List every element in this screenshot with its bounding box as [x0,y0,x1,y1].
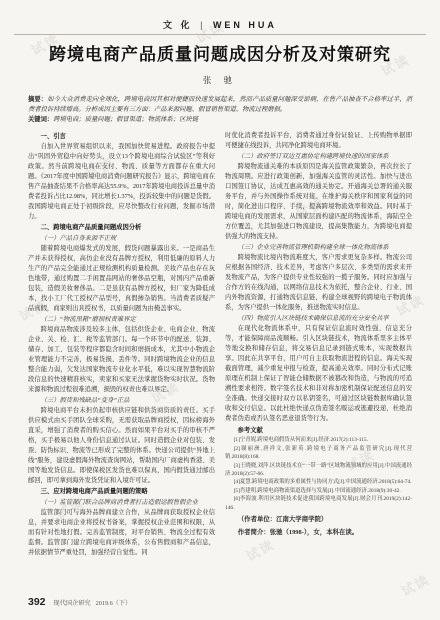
author-name: 张 驰 [0,74,440,86]
section-heading: 一、引言 [28,132,215,142]
abstract-label: 摘要： [28,96,47,103]
keywords-text: 跨境电商；质量问题；假冒渠道；物流体系；区块链 [53,116,198,123]
issue-info: 2019.6（下） [96,598,132,607]
abstract-block: 摘要：如今大众消费走向全球化，跨境电商因其相对便捷而快速发展起来，然而产品质量问… [28,95,412,124]
subsection-heading: （一）监管部门联合品牌商消费者打击造假运假售假企业 [28,498,215,508]
reference-item: [6]李海波.利用区块链技术促进我国跨境电商发展[J].财会月刊.2019(2)… [225,495,412,512]
journal-section-banner: 文 化 | WEN HUA [0,18,440,31]
body-paragraph: 在现代化物流体系中，只有保证信息流时效性强、信息充分等，才能保障商品流顺畅。引入… [225,324,412,424]
subsection-heading: （三）企业完善物流管理机制构建全球一体化物流体系 [225,243,412,253]
body-paragraph: 跨境物流通关难的本质原因是海关监管政策繁杂，再次拉长了物流周期。应进行政策创新，… [225,162,412,242]
page-footer: 392 现代国企研究 2019.6（下） [28,596,131,608]
subsection-heading: （三）假货和残缺品“变身”正品 [28,396,215,406]
column-right: 时优化消费者投诉平台，消费者通过身份证验证、上传购物单据即可便捷在线投诉，共同净… [225,131,412,589]
subsection-heading: （一）产品自身来源不正规 [28,234,215,244]
section-heading: 二、跨境电商产品质量问题成因分析 [28,223,215,233]
subsection-heading: （二）政府签订双边互惠协定构建跨境快速的国家体系 [225,152,412,162]
reference-item: [2]谢丽洲,唐祥文,张新英.跨境电子商务产品监管研究[J].现代营销.2018… [225,445,412,462]
section-name-cn: 文 化 [163,20,193,30]
page-number: 392 [28,596,46,608]
document-page: 试读 试读 试读 试读 试读 试读 试读 试读 试读 试读 试读 试读 文 化 … [0,0,440,620]
keywords-paragraph: 关键词：跨境电商；质量问题；假冒渠道；物流体系；区块链 [28,115,412,125]
page-header: 文 化 | WEN HUA [0,18,440,35]
body-paragraph: 监管部门可与海外品牌商建立合作，从品牌商获取授权企业信息，并要求电商企业将授权书… [28,508,215,558]
subsection-heading: （二）“物流黑箱”磨损权责难界定 [28,315,215,325]
reference-item: [5]肖建明.跨境电商物流渠道选择与发展[J].中国流通经济.2018(9):3… [225,487,412,495]
journal-name: 现代国企研究 [54,598,91,607]
author-note: （作者单位：江南大学商学院） [225,515,412,525]
section-name-en: WEN HUA [213,20,277,30]
subsection-heading: （四）物流引入区块链技术确保信息流的充分安全共享 [225,314,412,324]
body-paragraph: 时优化消费者投诉平台，消费者通过身份证验证、上传购物单据即可便捷在线投诉，共同净… [225,131,412,151]
column-left: 一、引言自加入世界贸易组织以来，我国加快贸易进程。政府报告中提出“巩固外贸稳中向… [28,131,215,589]
body-paragraph: 跨境商品物流涉及较多主体，包括供货企业、电商企业、物流企业、关、检、汇、税等监管… [28,325,215,395]
section-divider: | [200,20,205,30]
abstract-text: 如今大众消费走向全球化，跨境电商因其相对便捷而快速发展起来，然而产品质量问题深受… [28,96,412,113]
body-paragraph: 跨境物流比境内物流难度大，客户需求更复杂多样。物流公司应根据各国经济、技术差异，… [225,253,412,313]
section-heading: 三、应对跨境电商产品质量问题的策略 [28,487,215,497]
header-divider-line [14,34,426,35]
body-paragraph: 跨境电商平台未担负起审核供应链和供货商资质的责任。买手供应模式由买手团队全球采购… [28,406,215,486]
reference-item: [1]宁青妮.跨境电商假货从何而来[J].经济.2017(2):113-115. [225,436,412,444]
body-paragraph: 自加入世界贸易组织以来，我国加快贸易进程。政府报告中提出“巩固外贸稳中向好势头，… [28,142,215,222]
keywords-label: 关键词： [28,116,53,123]
abstract-paragraph: 摘要：如今大众消费走向全球化，跨境电商因其相对便捷而快速发展起来，然而产品质量问… [28,95,412,115]
reference-item: [4]夏慧.跨境电商政策的多重属性与协同方式[J].中国流通经济.2018(5)… [225,478,412,486]
reference-item: [3]王晓晓,刘萍.区块链技术在“一带一路”区域物流领域的应用[J].中国流通经… [225,462,412,479]
author-note: 作者简介：张驰（1998-），女，本科在读。 [225,528,412,538]
article-title: 跨境电商产品质量问题成因分析及对策研究 [18,44,422,66]
body-paragraph: 随着跨境电商爆发式的发展，假货问题暴露出来。一是商品生产并未获得授权，高仿企业没… [28,244,215,314]
body-columns: 一、引言自加入世界贸易组织以来，我国加快贸易进程。政府报告中提出“巩固外贸稳中向… [28,131,412,589]
references-heading: 参考文献 [225,426,412,436]
